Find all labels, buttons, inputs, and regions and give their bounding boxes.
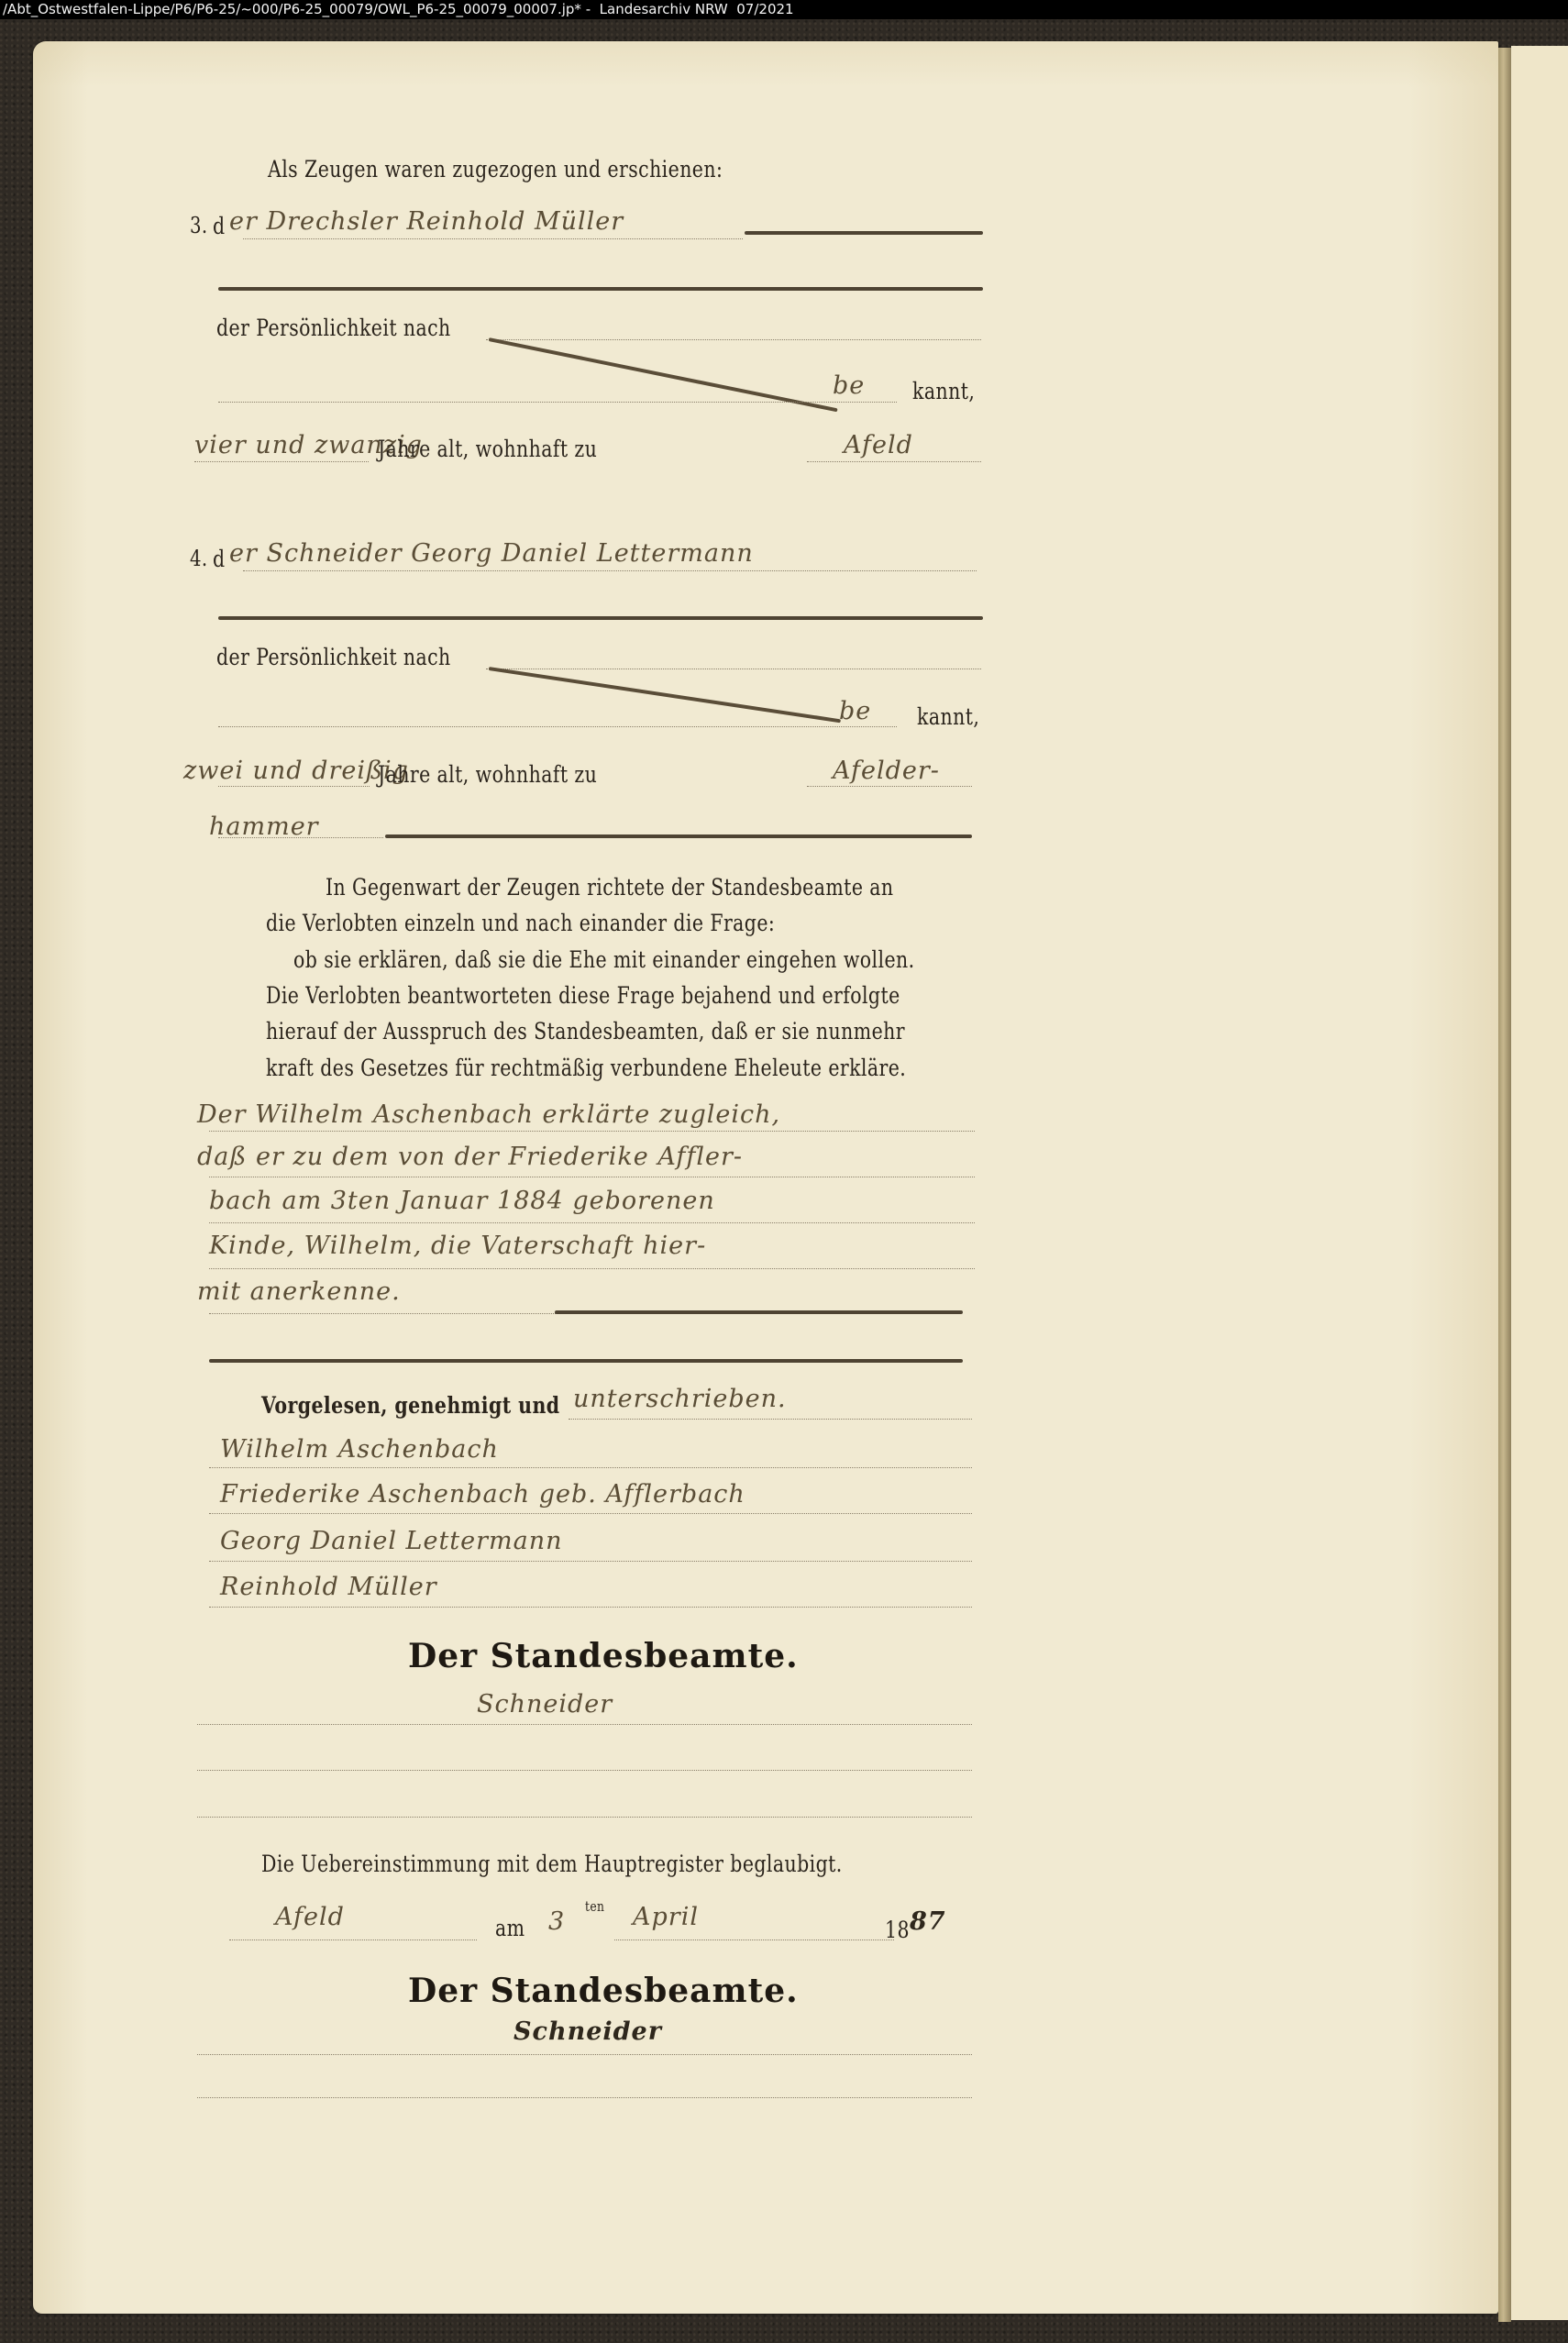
witness-4-known-suffix: kannt, [917,703,979,730]
witness-4-name-line [243,570,977,571]
witness-3-identity-label: der Persönlichkeit nach [216,315,451,341]
witness-4-prefix: d [213,546,226,572]
certification-place-line [229,1940,477,1940]
witness-4-residence-cont-line [218,837,383,838]
certification-month-line [614,1940,894,1940]
annotation-line-3: bach am 3ten Januar 1884 geborenen [209,1187,715,1215]
witness-3-identity-line [486,339,981,340]
ceremony-line-2: die Verlobten einzeln und nach einander … [266,910,775,936]
blank-line-2 [197,1817,972,1818]
window-title-bar: /Abt_Ostwestfalen-Lippe/P6/P6-25/~000/P6… [0,0,1568,19]
witness-4-known-line [218,726,897,727]
page-gutter [1498,48,1511,2322]
ceremony-line-5: hierauf der Ausspruch des Standesbeamten… [266,1018,905,1044]
certification-month: April [633,1903,699,1931]
annotation-fill-rule [555,1310,963,1314]
signature-line-1 [209,1467,972,1468]
blank-line-1 [197,1770,972,1771]
witness-4-identity-line [486,669,981,669]
witness-4-residence: Afelder- [833,757,940,785]
witness-3-residence-line [807,461,981,462]
read-approved-line [569,1419,972,1420]
annotation-line-4: Kinde, Wilhelm, die Vaterschaft hier- [209,1232,706,1260]
signature-1: Wilhelm Aschenbach [220,1435,499,1464]
certification-day-suffix: ten [585,1898,604,1915]
witness-3-name-line [243,238,743,239]
certification-day: 3 [548,1907,565,1936]
witness-3-fill-rule [745,231,983,235]
witness-4-age-label: Jahre alt, wohnhaft zu [378,761,597,788]
signature-2: Friederike Aschenbach geb. Afflerbach [220,1480,745,1509]
certification-am-label: am [495,1915,525,1941]
witness-3-known-line [218,402,897,403]
witness-4-age: zwei und dreißig [183,757,409,785]
witness-4-blank-rule [218,616,983,620]
witness-4-known-prefix: be [839,697,871,725]
certification-registrar-title: Der Standesbeamte. [408,1972,799,2010]
witness-3-prefix: d [213,213,226,239]
witness-3-residence: Afeld [844,431,913,459]
read-approved-value: unterschrieben. [573,1385,787,1413]
witness-3-number: 3. [190,213,208,238]
witness-4-residence-line [807,786,972,787]
signature-3: Georg Daniel Lettermann [220,1527,563,1555]
ceremony-line-3: ob sie erklären, daß sie die Ehe mit ein… [293,946,915,973]
ceremony-line-4: Die Verlobten beantworteten diese Frage … [266,982,900,1009]
witness-3-age-line [194,461,369,462]
certification-signature-line [197,2054,972,2055]
certification-blank-line [197,2097,972,2098]
signature-line-2 [209,1513,972,1514]
signature-line-3 [209,1561,972,1562]
ceremony-line-6: kraft des Gesetzes für rechtmäßig verbun… [266,1055,906,1081]
read-approved-label: Vorgelesen, genehmigt und [261,1392,560,1419]
certification-place: Afeld [275,1903,345,1931]
witness-4-age-line [218,786,370,787]
ceremony-line-1: In Gegenwart der Zeugen richtete der Sta… [326,874,894,901]
witness-4-name: er Schneider Georg Daniel Lettermann [229,539,754,568]
witness-3-age-label: Jahre alt, wohnhaft zu [378,436,597,462]
registrar-signature: Schneider [477,1690,613,1719]
annotation-rule-5 [209,1313,558,1314]
annotation-rule-2 [209,1177,975,1177]
annotation-line-1: Der Wilhelm Aschenbach erklärte zugleich… [197,1100,780,1129]
signature-4: Reinhold Müller [220,1573,437,1601]
annotation-line-5: mit anerkenne. [197,1277,401,1306]
adjacent-page-edge [1511,46,1568,2320]
annotation-end-rule [209,1359,963,1363]
registrar-signature-line [197,1724,972,1725]
registrar-title: Der Standesbeamte. [408,1637,799,1675]
annotation-line-2: daß er zu dem von der Friederike Affler- [197,1143,743,1171]
annotation-rule-3 [209,1222,975,1223]
witness-4-fill-rule [385,834,972,838]
certification-text: Die Uebereinstimmung mit dem Hauptregist… [261,1851,843,1877]
witnesses-intro: Als Zeugen waren zugezogen und erschiene… [268,156,723,182]
certification-year-printed: 18 [885,1917,910,1943]
signature-line-4 [209,1607,972,1608]
witness-3-known-prefix: be [833,371,865,400]
witness-4-number: 4. [190,546,208,571]
certification-registrar-signature: Schneider [513,2017,662,2046]
witness-3-blank-rule [218,287,983,291]
certification-year-handwritten: 87 [910,1907,946,1936]
witness-3-name: er Drechsler Reinhold Müller [229,207,624,236]
witness-4-identity-label: der Persönlichkeit nach [216,644,451,670]
witness-3-known-suffix: kannt, [912,378,975,404]
annotation-rule-1 [209,1131,975,1132]
annotation-rule-4 [209,1268,975,1269]
